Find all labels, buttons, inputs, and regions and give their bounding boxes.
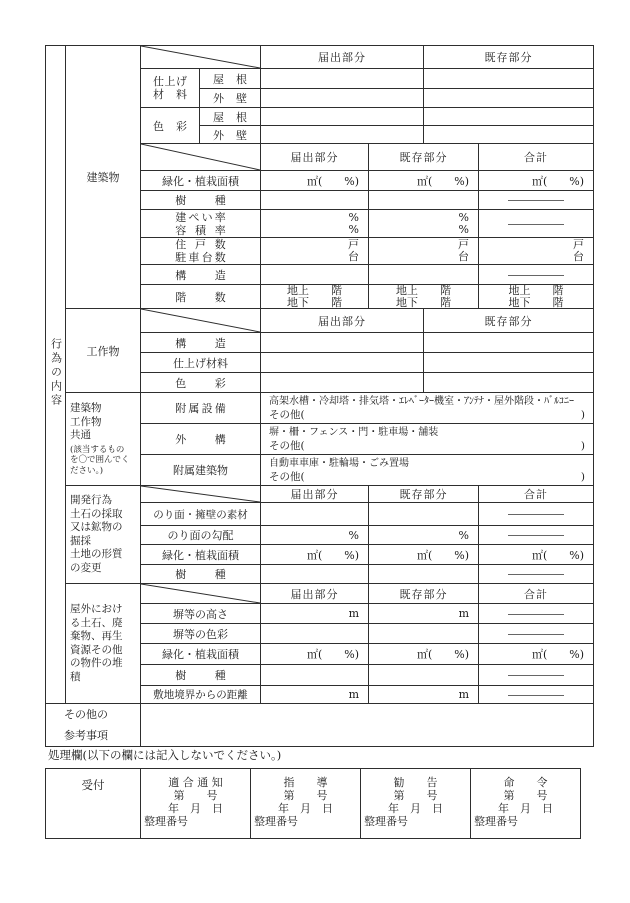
total-dash-cell xyxy=(479,604,594,624)
form-page: 行為の内容 建築物 届出部分 既存部分 仕上げ 材料 屋根 外壁 色彩 屋根 外… xyxy=(0,0,630,903)
header-notify: 届出部分 xyxy=(261,46,424,69)
input-equipment-items[interactable]: 高架水槽・冷却塔・排気塔・ｴﾚﾍﾞｰﾀｰ機室・ｱﾝﾃﾅ・屋外階段・ﾊﾞﾙｺﾆｰ … xyxy=(261,393,594,424)
processing-column-note: 処理欄(以下の欄には記入しないでください。) xyxy=(48,747,281,763)
number-line: 第 号 xyxy=(361,789,470,802)
label-roof: 屋根 xyxy=(200,108,261,126)
label-wall: 外壁 xyxy=(200,89,261,108)
input-boundary-notify[interactable]: m xyxy=(261,686,369,704)
total-dash-cell xyxy=(479,624,594,644)
input-other-notes[interactable] xyxy=(141,704,594,747)
input-tree-existing[interactable] xyxy=(369,191,479,210)
input-green-total[interactable]: ㎡( %) xyxy=(479,171,594,191)
label-tree-species: 樹種 xyxy=(141,565,261,584)
number-line: 第 号 xyxy=(141,789,250,802)
input-coverage-notify[interactable]: %% xyxy=(261,210,369,238)
dash-line xyxy=(508,535,564,536)
dash-line xyxy=(508,200,564,201)
dash-line xyxy=(508,574,564,575)
input-wcolor-existing[interactable] xyxy=(424,373,594,393)
diagonal-line xyxy=(141,46,260,68)
other-open: その他( xyxy=(269,471,305,484)
input-ptree-notify[interactable] xyxy=(261,665,369,686)
input-color-wall-notify[interactable] xyxy=(261,126,424,144)
label-finish-material: 仕上げ 材料 xyxy=(141,69,200,108)
other-open: その他( xyxy=(269,440,305,453)
label-green-area: 緑化・植栽面積 xyxy=(141,171,261,191)
header-existing: 既存部分 xyxy=(369,486,479,503)
input-households-total[interactable]: 戸台 xyxy=(479,238,594,265)
structure-header-diagonal-cell xyxy=(141,309,261,333)
label-wall: 外壁 xyxy=(200,126,261,144)
number-line: 第 号 xyxy=(251,789,360,802)
input-wstructure-notify[interactable] xyxy=(261,333,424,353)
other-close: ) xyxy=(581,471,585,484)
header-existing: 既存部分 xyxy=(369,584,479,604)
order-title: 命 令 xyxy=(471,776,580,789)
act-content-vertical-label: 行為の内容 xyxy=(46,46,66,704)
recommendation-cell[interactable]: 勧 告 第 号 年 月 日 整理番号 xyxy=(361,769,471,839)
label-green-area: 緑化・植栽面積 xyxy=(141,545,261,565)
input-boundary-existing[interactable]: m xyxy=(369,686,479,704)
label-slope-material: のり面・擁壁の素材 xyxy=(141,503,261,526)
input-finish-wall-existing[interactable] xyxy=(424,89,594,108)
input-floors-notify[interactable]: 地上 階地下 階 xyxy=(261,285,369,309)
number-line: 第 号 xyxy=(471,789,580,802)
input-dgreen-notify[interactable]: ㎡( %) xyxy=(261,545,369,565)
header-existing: 既存部分 xyxy=(369,144,479,171)
label-other-notes: その他の 参考事項 xyxy=(46,704,141,747)
input-fence-height-existing[interactable]: m xyxy=(369,604,479,624)
input-coverage-existing[interactable]: %% xyxy=(369,210,479,238)
input-dtree-notify[interactable] xyxy=(261,565,369,584)
label-slope-grade: のり面の勾配 xyxy=(141,526,261,545)
header-total: 合計 xyxy=(479,584,594,604)
dash-line xyxy=(508,514,564,515)
label-annex: 附属建築物 xyxy=(141,455,261,486)
reference-number-label: 整理番号 xyxy=(141,815,250,828)
label-equipment: 附属設備 xyxy=(141,393,261,424)
date-line: 年 月 日 xyxy=(251,802,360,815)
input-finish-wall-notify[interactable] xyxy=(261,89,424,108)
dash-line xyxy=(508,634,564,635)
input-households-existing[interactable]: 戸台 xyxy=(369,238,479,265)
dash-line xyxy=(508,675,564,676)
other-close: ) xyxy=(581,409,585,422)
label-color: 色彩 xyxy=(141,373,261,393)
reference-number-label: 整理番号 xyxy=(471,815,580,828)
input-pgreen-total[interactable]: ㎡( %) xyxy=(479,644,594,665)
input-households-notify[interactable]: 戸台 xyxy=(261,238,369,265)
act-content-text: 行為の内容 xyxy=(48,338,64,408)
act-content-table: 行為の内容 建築物 届出部分 既存部分 仕上げ 材料 屋根 外壁 色彩 屋根 外… xyxy=(45,45,594,747)
input-dgreen-total[interactable]: ㎡( %) xyxy=(479,545,594,565)
section-building: 建築物 xyxy=(66,46,141,309)
input-ptree-existing[interactable] xyxy=(369,665,479,686)
header-total: 合計 xyxy=(479,144,594,171)
input-finish-roof-notify[interactable] xyxy=(261,69,424,89)
building2-header-diagonal-cell xyxy=(141,144,261,171)
header-total: 合計 xyxy=(479,486,594,503)
section-common: 建築物 工作物 共通 (該当するもの を〇で囲んでく ださい。) xyxy=(66,393,141,486)
label-coverage-volume: 建ぺい率 容積率 xyxy=(141,210,261,238)
input-dgreen-existing[interactable]: ㎡( %) xyxy=(369,545,479,565)
input-pgreen-notify[interactable]: ㎡( %) xyxy=(261,644,369,665)
input-wfinish-notify[interactable] xyxy=(261,353,424,373)
label-boundary-distance: 敷地境界からの距離 xyxy=(141,686,261,704)
input-color-roof-notify[interactable] xyxy=(261,108,424,126)
total-dash-cell xyxy=(479,210,594,238)
development-header-diagonal-cell xyxy=(141,486,261,503)
input-tree-notify[interactable] xyxy=(261,191,369,210)
total-dash-cell xyxy=(479,665,594,686)
diagonal-line xyxy=(141,144,260,170)
total-dash-cell xyxy=(479,686,594,704)
label-structure: 構造 xyxy=(141,333,261,353)
diagonal-line xyxy=(141,309,260,332)
input-floors-total[interactable]: 地上 階地下 階 xyxy=(479,285,594,309)
section-common-note: (該当するもの を〇で囲んでく ださい。) xyxy=(70,445,138,477)
date-line: 年 月 日 xyxy=(361,802,470,815)
header-notify: 届出部分 xyxy=(261,584,369,604)
reference-number-label: 整理番号 xyxy=(361,815,470,828)
diagonal-line xyxy=(141,486,260,502)
input-dtree-existing[interactable] xyxy=(369,565,479,584)
dash-line xyxy=(508,275,564,276)
header-notify: 届出部分 xyxy=(261,144,369,171)
input-color-roof-existing[interactable] xyxy=(424,108,594,126)
input-finish-roof-existing[interactable] xyxy=(424,69,594,89)
label-color: 色彩 xyxy=(141,108,200,144)
input-floors-existing[interactable]: 地上 階地下 階 xyxy=(369,285,479,309)
input-slope-material-notify[interactable] xyxy=(261,503,369,526)
input-pgreen-existing[interactable]: ㎡( %) xyxy=(369,644,479,665)
section-structure: 工作物 xyxy=(66,309,141,393)
label-fence-height: 塀等の高さ xyxy=(141,604,261,624)
input-exterior-items[interactable]: 塀・柵・フェンス・門・駐車場・舗装 その他() xyxy=(261,424,594,455)
deposit-header-diagonal-cell xyxy=(141,584,261,604)
conformity-notice-title: 適 合 通 知 xyxy=(141,776,250,789)
processing-table: 受付 適 合 通 知 第 号 年 月 日 整理番号 指 導 第 号 年 月 日 … xyxy=(45,768,581,839)
input-green-notify[interactable]: ㎡( %) xyxy=(261,171,369,191)
label-finish-material-full: 仕上げ材料 xyxy=(141,353,261,373)
input-wstructure-existing[interactable] xyxy=(424,333,594,353)
reception-cell[interactable]: 受付 xyxy=(46,769,141,839)
input-color-wall-existing[interactable] xyxy=(424,126,594,144)
total-dash-cell xyxy=(479,503,594,526)
input-structure-notify[interactable] xyxy=(261,265,369,285)
diagonal-line xyxy=(141,584,260,603)
input-slope-grade-existing[interactable]: % xyxy=(369,526,479,545)
dash-line xyxy=(508,614,564,615)
input-slope-grade-notify[interactable]: % xyxy=(261,526,369,545)
input-fence-color-existing[interactable] xyxy=(369,624,479,644)
label-fence-color: 塀等の色彩 xyxy=(141,624,261,644)
label-roof: 屋根 xyxy=(200,69,261,89)
date-line: 年 月 日 xyxy=(471,802,580,815)
total-dash-cell xyxy=(479,565,594,584)
label-green-area: 緑化・植栽面積 xyxy=(141,644,261,665)
total-dash-cell xyxy=(479,526,594,545)
input-annex-items[interactable]: 自動車車庫・駐輪場・ごみ置場 その他() xyxy=(261,455,594,486)
label-households-parking: 住戸数 駐車台数 xyxy=(141,238,261,265)
guidance-title: 指 導 xyxy=(251,776,360,789)
header-existing: 既存部分 xyxy=(424,46,594,69)
input-wcolor-notify[interactable] xyxy=(261,373,424,393)
conformity-notice-cell[interactable]: 適 合 通 知 第 号 年 月 日 整理番号 xyxy=(141,769,251,839)
guidance-cell[interactable]: 指 導 第 号 年 月 日 整理番号 xyxy=(251,769,361,839)
header-existing: 既存部分 xyxy=(424,309,594,333)
input-slope-material-existing[interactable] xyxy=(369,503,479,526)
building-header-diagonal-cell xyxy=(141,46,261,69)
other-open: その他( xyxy=(269,409,305,422)
order-cell[interactable]: 命 令 第 号 年 月 日 整理番号 xyxy=(471,769,581,839)
reference-number-label: 整理番号 xyxy=(251,815,360,828)
input-wfinish-existing[interactable] xyxy=(424,353,594,373)
total-dash-cell xyxy=(479,191,594,210)
label-exterior: 外構 xyxy=(141,424,261,455)
date-line: 年 月 日 xyxy=(141,802,250,815)
other-close: ) xyxy=(581,440,585,453)
input-green-existing[interactable]: ㎡( %) xyxy=(369,171,479,191)
header-notify: 届出部分 xyxy=(261,309,424,333)
input-structure-existing[interactable] xyxy=(369,265,479,285)
section-development: 開発行為 土石の採取 又は鉱物の 掘採 土地の形質 の変更 xyxy=(66,486,141,584)
label-tree-species: 樹種 xyxy=(141,191,261,210)
input-fence-color-notify[interactable] xyxy=(261,624,369,644)
recommendation-title: 勧 告 xyxy=(361,776,470,789)
section-deposit: 屋外におけ る土石、廃 棄物、再生 資源その他 の物件の堆 積 xyxy=(66,584,141,704)
label-structure: 構造 xyxy=(141,265,261,285)
input-fence-height-notify[interactable]: m xyxy=(261,604,369,624)
header-notify: 届出部分 xyxy=(261,486,369,503)
total-dash-cell xyxy=(479,265,594,285)
dash-line xyxy=(508,695,564,696)
label-floors: 階数 xyxy=(141,285,261,309)
label-tree-species: 樹種 xyxy=(141,665,261,686)
dash-line xyxy=(508,224,564,225)
